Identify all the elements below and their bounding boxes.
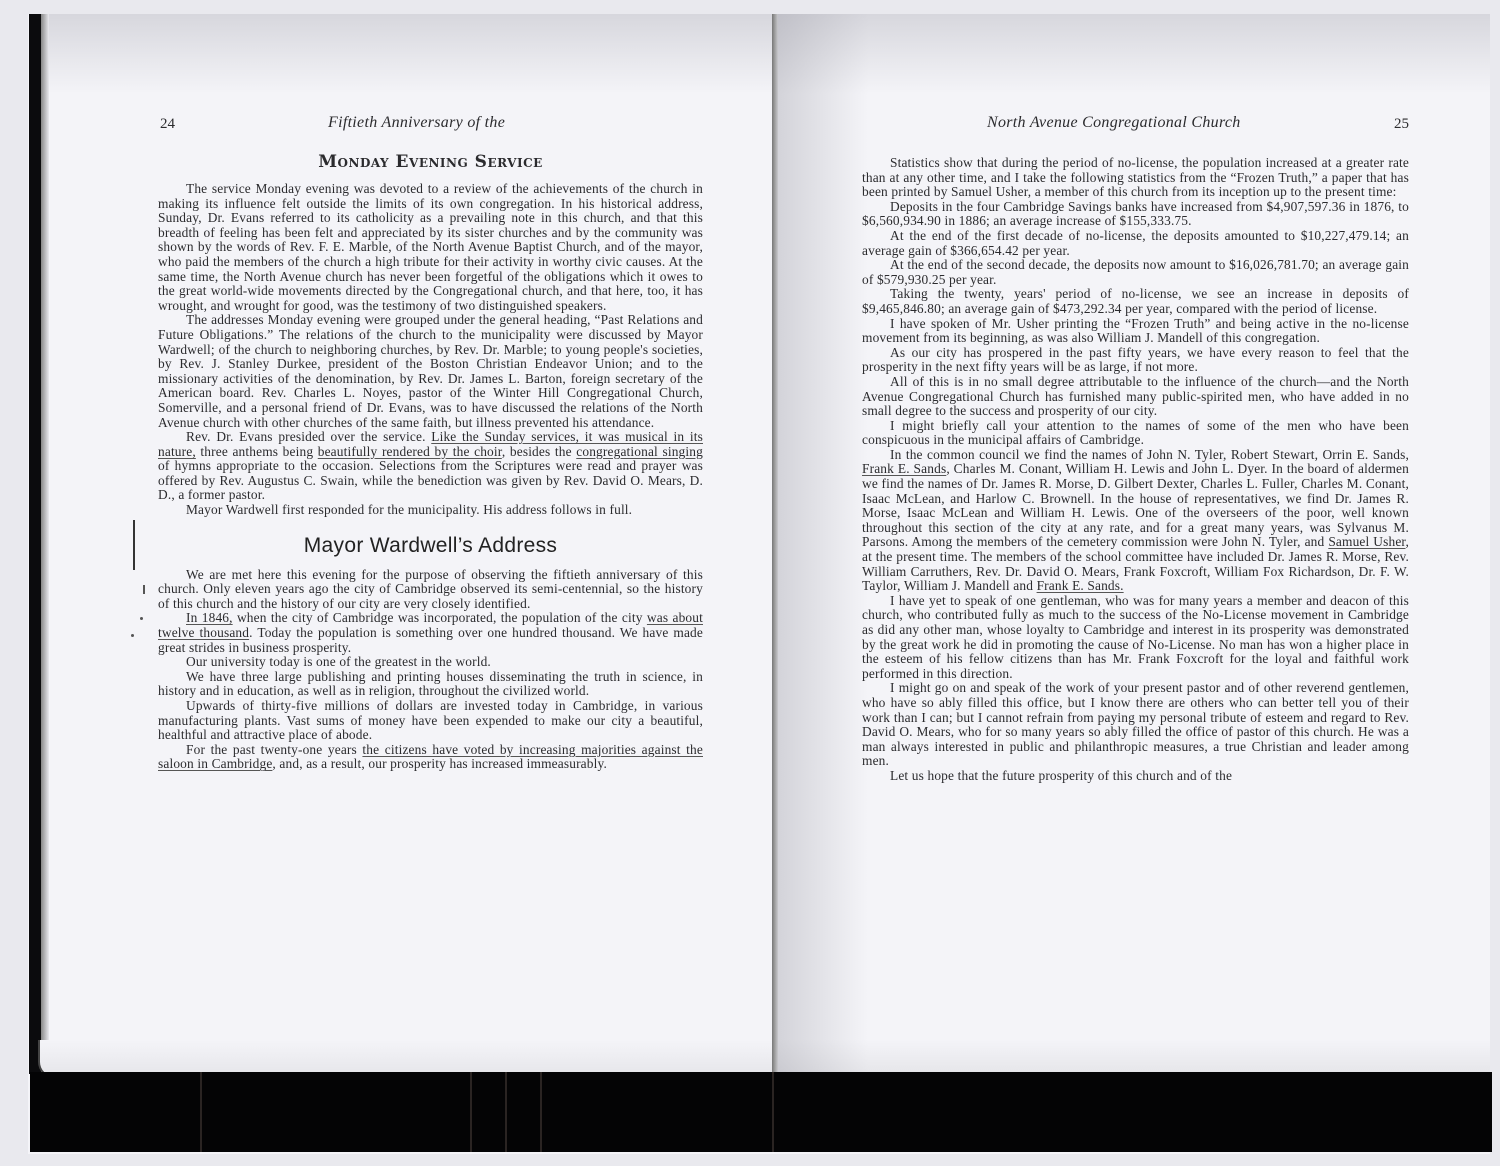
scan-bottom-black-band [30, 1072, 1492, 1152]
underlined-passage: Frank E. Sands [862, 461, 946, 476]
section-heading: Monday Evening Service [158, 152, 703, 172]
underlined-passage: In 1846, [186, 610, 233, 625]
pencil-margin-tick [143, 585, 145, 594]
paragraph: At the end of the second decade, the dep… [862, 258, 1409, 287]
paragraph: At the end of the first decade of no-lic… [862, 229, 1409, 258]
paragraph: As our city has prospered in the past fi… [862, 346, 1409, 375]
paragraph: We are met here this evening for the pur… [158, 568, 703, 612]
underlined-passage: congregational singing [576, 444, 703, 459]
article-body: Statistics show that during the period o… [862, 156, 1409, 784]
running-head: 24 Fiftieth Anniversary of the [158, 108, 703, 138]
paragraph: Our university today is one of the great… [158, 655, 703, 670]
article-body: The service Monday evening was devoted t… [158, 182, 703, 518]
right-page: North Avenue Congregational Church 25 St… [862, 108, 1409, 784]
underlined-passage: Samuel Usher [1328, 534, 1405, 549]
paragraph: In the common council we find the names … [862, 448, 1409, 594]
address-title: Mayor Wardwell’s Address [158, 534, 703, 558]
margin-speck [140, 617, 143, 620]
paragraph: I have yet to speak of one gentleman, wh… [862, 594, 1409, 682]
running-head: North Avenue Congregational Church 25 [862, 108, 1409, 138]
page-top-shadow [48, 14, 1490, 94]
paragraph: For the past twenty-one years the citize… [158, 743, 703, 772]
margin-speck [131, 634, 134, 637]
paragraph: The service Monday evening was devoted t… [158, 182, 703, 313]
paragraph: In 1846, when the city of Cambridge was … [158, 611, 703, 655]
left-page: 24 Fiftieth Anniversary of the Monday Ev… [158, 108, 703, 772]
book-left-edge-shadow [41, 14, 49, 1074]
paragraph: We have three large publishing and print… [158, 670, 703, 699]
right-page-bottom-edge [776, 1040, 1490, 1074]
running-head-title: North Avenue Congregational Church [987, 114, 1241, 132]
paragraph: Taking the twenty, years' period of no-l… [862, 287, 1409, 316]
paragraph: Deposits in the four Cambridge Savings b… [862, 200, 1409, 229]
paragraph: I have spoken of Mr. Usher printing the … [862, 317, 1409, 346]
gutter-shadow [778, 14, 868, 1076]
paragraph: I might briefly call your attention to t… [862, 419, 1409, 448]
running-head-title: Fiftieth Anniversary of the [328, 114, 505, 132]
paragraph: The addresses Monday evening were groupe… [158, 313, 703, 430]
paragraph: Let us hope that the future prosperity o… [862, 769, 1409, 784]
page-number: 24 [160, 116, 175, 133]
underlined-passage: beautifully rendered by the choir [318, 444, 502, 459]
paragraph: Statistics show that during the period o… [862, 156, 1409, 200]
page-number: 25 [1394, 116, 1409, 133]
paragraph: All of this is in no small degree attrib… [862, 375, 1409, 419]
paragraph: Rev. Dr. Evans presided over the service… [158, 430, 703, 503]
paragraph: I might go on and speak of the work of y… [862, 681, 1409, 769]
pencil-margin-mark [133, 520, 135, 570]
paragraph: Mayor Wardwell first responded for the m… [158, 503, 703, 518]
paragraph: Upwards of thirty-five millions of dolla… [158, 699, 703, 743]
address-body: We are met here this evening for the pur… [158, 568, 703, 772]
book-left-edge [29, 14, 41, 1074]
underlined-passage: Frank E. Sands. [1037, 578, 1124, 593]
